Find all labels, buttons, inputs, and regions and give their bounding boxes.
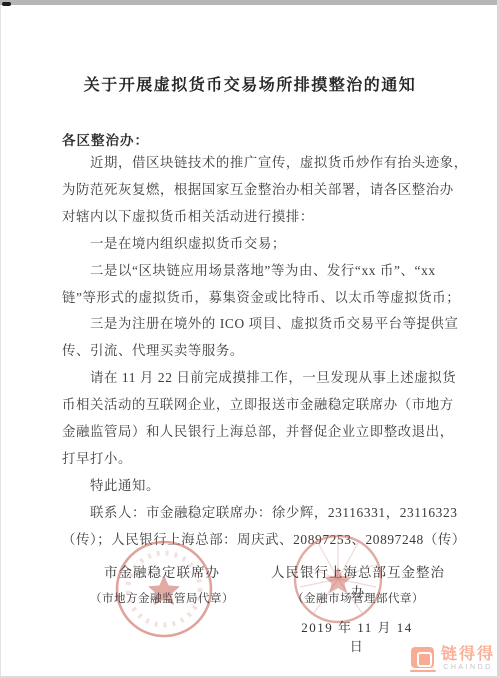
watermark-brand-en: CHAINDD	[443, 664, 492, 672]
body-line: 金融监管局）和人民银行上海总部，并督促企业立即整改退出，	[62, 419, 450, 446]
signer-left-name: 市金融稳定联席办	[92, 561, 232, 581]
body-line: 传、引流、代理买卖等服务。	[62, 338, 450, 365]
body-line: 为防范死灰复燃，根据国家互金整治办相关部署，请各区整治办	[62, 177, 450, 204]
body-line: 联系人：市金融稳定联席办：徐少辉，23116331，23116323	[62, 500, 450, 527]
scan-artifact-mark	[2, 2, 11, 6]
body-line: （传）；人民银行上海总部：周庆武、20897253、20897248（传）	[62, 527, 450, 554]
body-line: 三是为注册在境外的 ICO 项目、虚拟货币交易平台等提供宣	[62, 311, 450, 338]
watermark-brand-cn: 链得得	[441, 645, 495, 664]
body-line: 打早打小。	[62, 446, 450, 473]
signer-left-note: （市地方金融监管局代章）	[82, 590, 242, 606]
chaindd-watermark: 链得得 CHAINDD	[410, 645, 495, 672]
body-line: 币相关活动的互联网企业，立即报送市金融稳定联席办（市地方	[62, 392, 450, 419]
body-line: 一是在境内组织虚拟货币交易；	[62, 231, 450, 258]
document-body: 近期，借区块链技术的推广宣传，虚拟货币炒作有抬头迹象， 为防范死灰复燃，根据国家…	[62, 150, 450, 554]
body-line: 链”等形式的虚拟货币，募集资金或比特币、以太币等虚拟货币；	[62, 285, 450, 312]
signer-right-note: （金融市场管理部代章）	[283, 590, 433, 606]
salutation: 各区整治办：	[62, 129, 149, 149]
body-line: 对辖内以下虚拟货币相关活动进行摸排：	[62, 204, 450, 231]
chaindd-logo-icon	[410, 645, 436, 672]
body-line: 特此通知。	[62, 473, 450, 500]
scan-edge-top	[0, 0, 500, 5]
body-line: 近期，借区块链技术的推广宣传，虚拟货币炒作有抬头迹象，	[62, 150, 450, 177]
body-line: 请在 11 月 22 日前完成摸排工作，一旦发现从事上述虚拟货	[62, 365, 450, 392]
scanned-notice-document: 关于开展虚拟货币交易场所排摸整治的通知 各区整治办： 近期，借区块链技术的推广宣…	[0, 0, 500, 678]
body-line: 二是以“区块链应用场景落地”等为由、发行“xx 币”、“xx	[62, 258, 450, 285]
document-date: 2019 年 11 月 14 日	[292, 617, 422, 655]
document-title: 关于开展虚拟货币交易场所排摸整治的通知	[0, 72, 500, 95]
